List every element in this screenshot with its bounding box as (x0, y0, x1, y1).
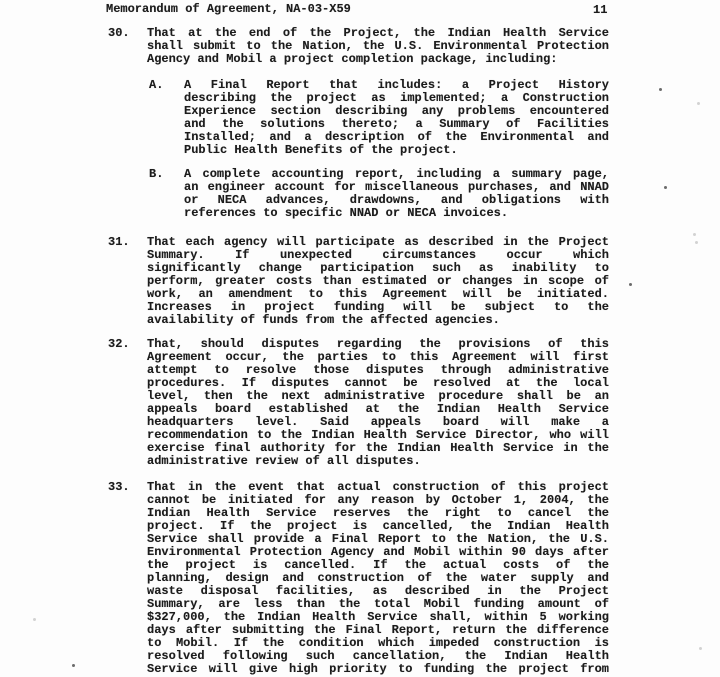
scan-speck (699, 647, 702, 650)
text-line: availability of funds from the affected … (147, 314, 609, 327)
text-line: references to specific NNAD or NECA invo… (184, 207, 609, 220)
scanned-document-page: Memorandum of Agreement, NA-03-X59 11 30… (0, 0, 720, 677)
item-label: 30. (108, 27, 130, 40)
item-text: That each agency will participate as des… (147, 236, 609, 327)
scan-speck (695, 241, 698, 244)
scan-speck (33, 618, 36, 621)
scan-speck (664, 186, 667, 189)
scan-speck (697, 102, 700, 105)
item-label: 33. (108, 481, 130, 494)
item-label: B. (149, 168, 163, 181)
scan-speck (659, 88, 662, 91)
item-label: A. (149, 79, 163, 92)
item-text: That at the end of the Project, the Indi… (147, 27, 609, 66)
text-line: Service will give high priority to fundi… (147, 663, 609, 676)
item-label: 32. (108, 338, 130, 351)
scan-speck (629, 283, 632, 286)
item-text: A complete accounting report, including … (184, 168, 609, 220)
scan-speck (693, 233, 696, 236)
text-line: Public Health Benefits of the project. (184, 144, 609, 157)
item-label: 31. (108, 236, 130, 249)
item-text: A Final Report that includes: a Project … (184, 79, 609, 157)
text-line: Agency and Mobil a project completion pa… (147, 53, 609, 66)
item-text: That, should disputes regarding the prov… (147, 338, 609, 468)
document-body: 30.That at the end of the Project, the I… (0, 0, 720, 677)
scan-speck (72, 664, 75, 667)
item-text: That in the event that actual constructi… (147, 481, 609, 676)
text-line: administrative review of all disputes. (147, 455, 609, 468)
